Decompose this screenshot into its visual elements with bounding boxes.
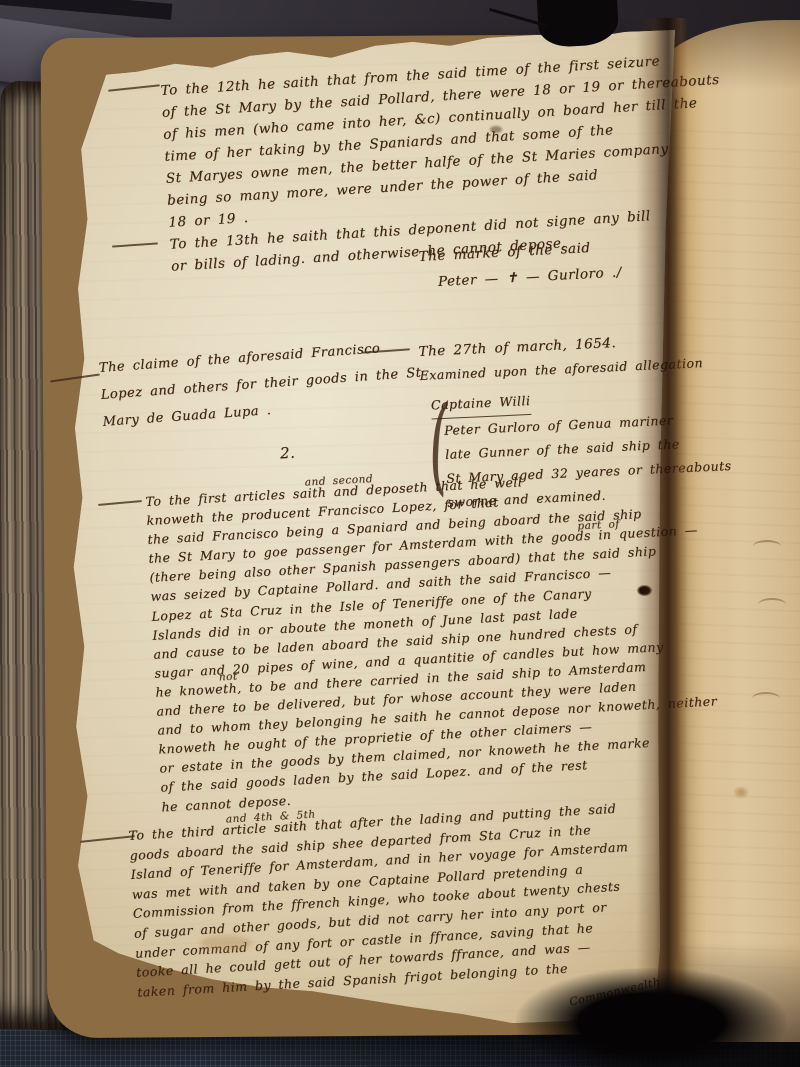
pen-flourish <box>758 598 786 611</box>
claim-number: 2. <box>280 444 296 463</box>
mark-signature: The marke of the said Peter — ✝ — Gurlor… <box>418 233 622 295</box>
pen-flourish <box>753 540 781 553</box>
gutter-bottom-shadow <box>516 968 786 1067</box>
ink-smudge <box>490 126 502 133</box>
page-content: To the 12th he saith that from the said … <box>50 30 675 1025</box>
foxing-stain <box>733 786 749 799</box>
claim-margin-note: The claime of the aforesaid Francisco Lo… <box>98 333 424 436</box>
pen-flourish <box>108 84 160 91</box>
interlinear-insert: part of <box>577 515 620 536</box>
interlinear-insert: and second <box>304 470 373 493</box>
pen-flourish <box>752 692 780 705</box>
pen-flourish <box>80 835 135 843</box>
manuscript-photo: To the 12th he saith that from the said … <box>0 0 800 1067</box>
interlinear-insert: not <box>218 667 238 687</box>
pen-flourish <box>50 374 100 383</box>
background-wall-edge <box>0 0 172 20</box>
pen-flourish <box>112 242 158 247</box>
book-gutter-shadow <box>636 18 688 1026</box>
paper-stain <box>200 935 252 951</box>
pen-flourish <box>98 500 142 506</box>
